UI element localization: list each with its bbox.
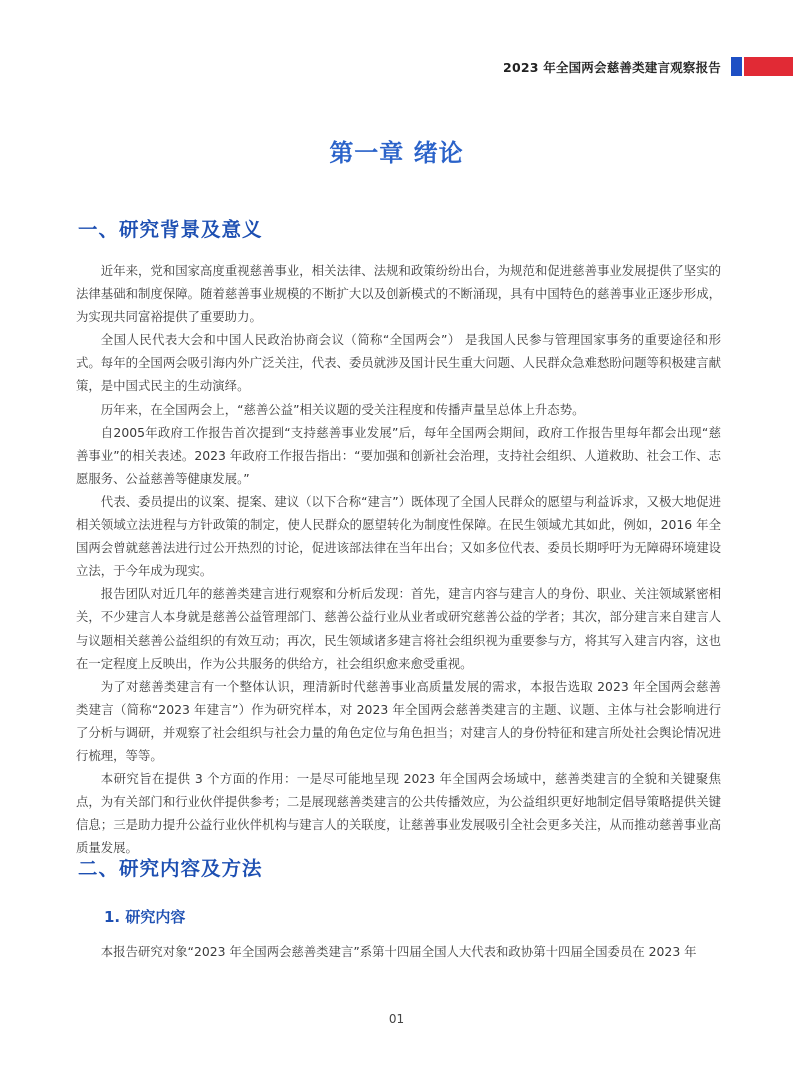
paragraph: 本研究旨在提供 3 个方面的作用：一是尽可能地呈现 2023 年全国两会场域中，… (76, 767, 721, 859)
subsection-heading-research-content: 1. 研究内容 (104, 906, 185, 927)
paragraph: 报告团队对近几年的慈善类建言进行观察和分析后发现：首先，建言内容与建言人的身份、… (76, 582, 721, 674)
paragraph: 代表、委员提出的议案、提案、建议（以下合称“建言”）既体现了全国人民群众的愿望与… (76, 490, 721, 582)
accent-bar-red (744, 57, 793, 76)
paragraph: 为了对慈善类建言有一个整体认识，理清新时代慈善事业高质量发展的需求，本报告选取 … (76, 675, 721, 767)
accent-bar-blue (731, 57, 742, 76)
paragraph: 历年来，在全国两会上，“慈善公益”相关议题的受关注程度和传播声量呈总体上升态势。 (76, 398, 721, 421)
chapter-title: 第一章 绪论 (0, 133, 793, 168)
page-number: 01 (0, 1012, 793, 1026)
subsection-body-research-content: 本报告研究对象“2023 年全国两会慈善类建言”系第十四届全国人大代表和政协第十… (76, 940, 721, 963)
section-body-background: 近年来，党和国家高度重视慈善事业，相关法律、法规和政策纷纷出台，为规范和促进慈善… (76, 259, 721, 859)
paragraph: 全国人民代表大会和中国人民政治协商会议（简称“全国两会”） 是我国人民参与管理国… (76, 328, 721, 397)
paragraph: 自2005年政府工作报告首次提到“支持慈善事业发展”后，每年全国两会期间，政府工… (76, 421, 721, 490)
paragraph: 本报告研究对象“2023 年全国两会慈善类建言”系第十四届全国人大代表和政协第十… (76, 940, 721, 963)
paragraph: 近年来，党和国家高度重视慈善事业，相关法律、法规和政策纷纷出台，为规范和促进慈善… (76, 259, 721, 328)
section-heading-background: 一、研究背景及意义 (78, 214, 263, 242)
report-title: 2023 年全国两会慈善类建言观察报告 (503, 58, 721, 76)
section-heading-methods: 二、研究内容及方法 (78, 853, 263, 881)
